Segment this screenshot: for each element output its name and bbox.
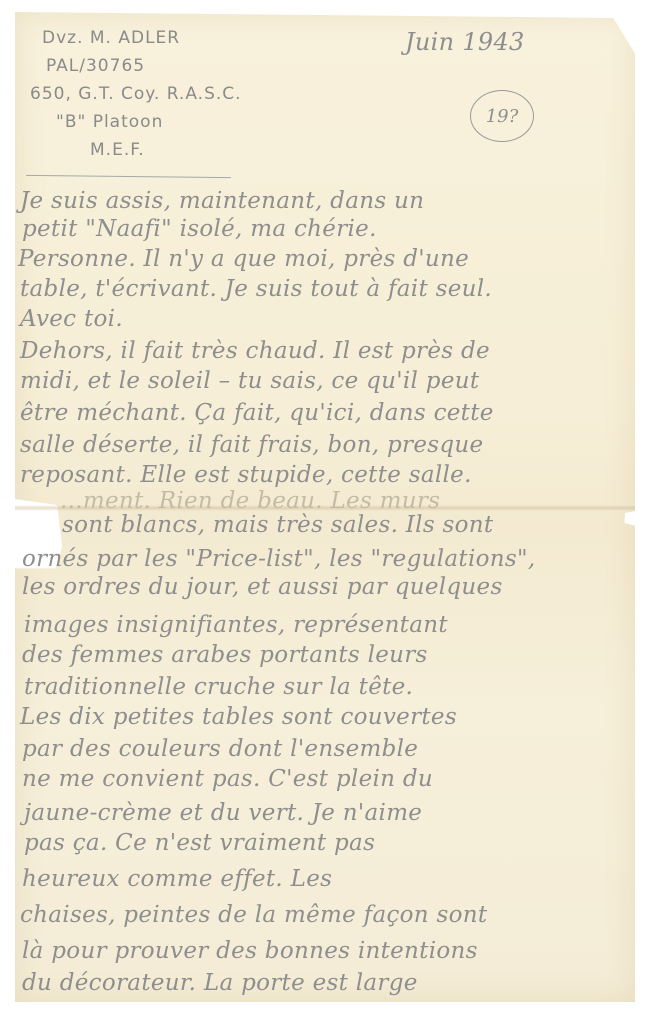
address-line-platoon: "B" Platoon	[56, 112, 163, 132]
letter-line: salle déserte, il fait frais, bon, presq…	[20, 432, 483, 458]
letter-line: ornés par les "Price-list", les "regulat…	[22, 546, 535, 572]
letter-line: petit "Naafi" isolé, ma chérie.	[22, 216, 377, 242]
letter-line: chaises, peintes de la même façon sont	[20, 902, 487, 928]
letter-line: du décorateur. La porte est large	[22, 970, 418, 996]
letter-line: Avec toi.	[20, 306, 123, 332]
letter-line: table, t'écrivant. Je suis tout à fait s…	[20, 276, 492, 302]
letter-line: par des couleurs dont l'ensemble	[22, 736, 418, 762]
letter-line: sont blancs, mais très sales. Ils sont	[62, 512, 493, 538]
letter-line: pas ça. Ce n'est vraiment pas	[24, 830, 375, 856]
letter-line: Dehors, il fait très chaud. Il est près …	[20, 338, 490, 364]
letter-line: être méchant. Ça fait, qu'ici, dans cett…	[20, 400, 494, 426]
address-line-unit: 650, G.T. Coy. R.A.S.C.	[30, 84, 242, 104]
letter-line: traditionnelle cruche sur la tête.	[24, 674, 413, 700]
letter-line: heureux comme effet. Les	[22, 866, 332, 892]
letter-line: images insignifiantes, représentant	[24, 612, 448, 638]
letter-line: Personne. Il n'y a que moi, près d'une	[18, 246, 469, 272]
letter-line: Les dix petites tables sont couvertes	[20, 704, 457, 730]
letter-line: midi, et le soleil – tu sais, ce qu'il p…	[20, 368, 479, 394]
address-line-name: Dvz. M. ADLER	[42, 28, 180, 48]
letter-line: des femmes arabes portants leurs	[22, 642, 428, 668]
address-line-service-number: PAL/30765	[46, 56, 145, 76]
letter-date: Juin 1943	[405, 28, 525, 56]
letter-line: ne me convient pas. C'est plein du	[22, 766, 433, 792]
letter-line: les ordres du jour, et aussi par quelque…	[22, 574, 503, 600]
page-number-label: 19?	[486, 106, 519, 127]
letter-line: reposant. Elle est stupide, cette salle.	[20, 462, 472, 488]
letter-line: jaune-crème et du vert. Je n'aime	[24, 800, 422, 826]
address-line-force: M.E.F.	[90, 140, 145, 160]
letter-line: là pour prouver des bonnes intentions	[22, 938, 478, 964]
letter-line: Je suis assis, maintenant, dans un	[20, 188, 424, 214]
page-number-circle: 19?	[470, 90, 534, 142]
letter-line: ...ment. Rien de beau. Les murs	[60, 488, 440, 514]
